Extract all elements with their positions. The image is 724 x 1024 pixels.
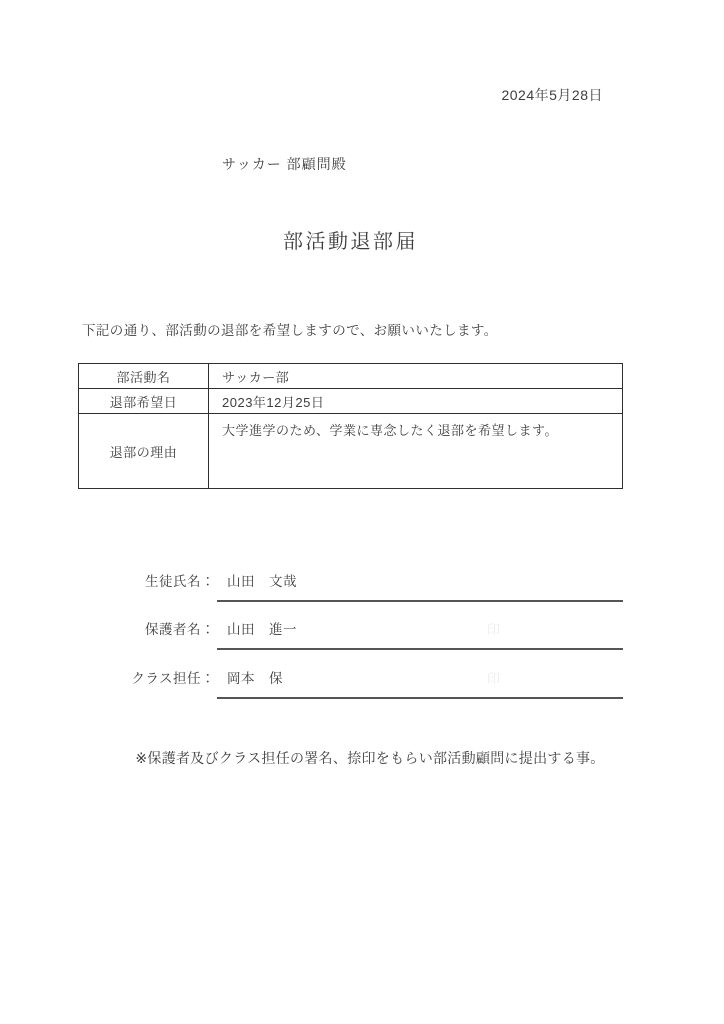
signature-line xyxy=(217,648,623,650)
student-name-value: 山田 文哉 xyxy=(227,570,297,590)
withdrawal-info-table: 部活動名 サッカー部 退部希望日 2023年12月25日 退部の理由 大学進学の… xyxy=(78,363,623,489)
table-row-withdrawal-reason: 退部の理由 大学進学のため、学業に専念したく退部を希望します。 xyxy=(79,414,623,489)
table-row-club-name: 部活動名 サッカー部 xyxy=(79,364,623,389)
intro-text: 下記の通り、部活動の退部を希望しますので、お願いいたします。 xyxy=(82,319,498,339)
signature-line xyxy=(217,697,623,699)
table-row-withdrawal-date: 退部希望日 2023年12月25日 xyxy=(79,389,623,414)
guardian-name-label: 保護者名： xyxy=(78,618,215,638)
document-date: 2024年5月28日 xyxy=(501,85,603,105)
club-name-label: 部活動名 xyxy=(79,364,209,389)
withdrawal-form-page: 2024年5月28日 サッカー 部顧問殿 部活動退部届 下記の通り、部活動の退部… xyxy=(0,0,724,1024)
signature-row-guardian: 保護者名： 山田 進一 印 xyxy=(78,614,623,650)
withdrawal-reason-label: 退部の理由 xyxy=(79,414,209,489)
student-name-label: 生徒氏名： xyxy=(78,570,215,590)
club-name-value: サッカー部 xyxy=(209,364,623,389)
guardian-name-value: 山田 進一 xyxy=(227,618,297,638)
withdrawal-date-label: 退部希望日 xyxy=(79,389,209,414)
signature-line xyxy=(217,600,623,602)
signature-row-class-teacher: クラス担任： 岡本 保 印 xyxy=(78,663,623,699)
withdrawal-date-value: 2023年12月25日 xyxy=(209,389,623,414)
guardian-seal-placeholder: 印 xyxy=(487,619,500,638)
addressee-line: サッカー 部顧問殿 xyxy=(222,154,347,174)
class-teacher-label: クラス担任： xyxy=(78,667,215,687)
class-teacher-seal-placeholder: 印 xyxy=(487,668,500,687)
signature-row-student: 生徒氏名： 山田 文哉 xyxy=(78,566,623,602)
document-title: 部活動退部届 xyxy=(78,231,623,253)
footer-note: ※保護者及びクラス担任の署名、捺印をもらい部活動顧問に提出する事。 xyxy=(18,748,722,768)
withdrawal-reason-value: 大学進学のため、学業に専念したく退部を希望します。 xyxy=(209,414,623,489)
class-teacher-name-value: 岡本 保 xyxy=(227,667,283,687)
